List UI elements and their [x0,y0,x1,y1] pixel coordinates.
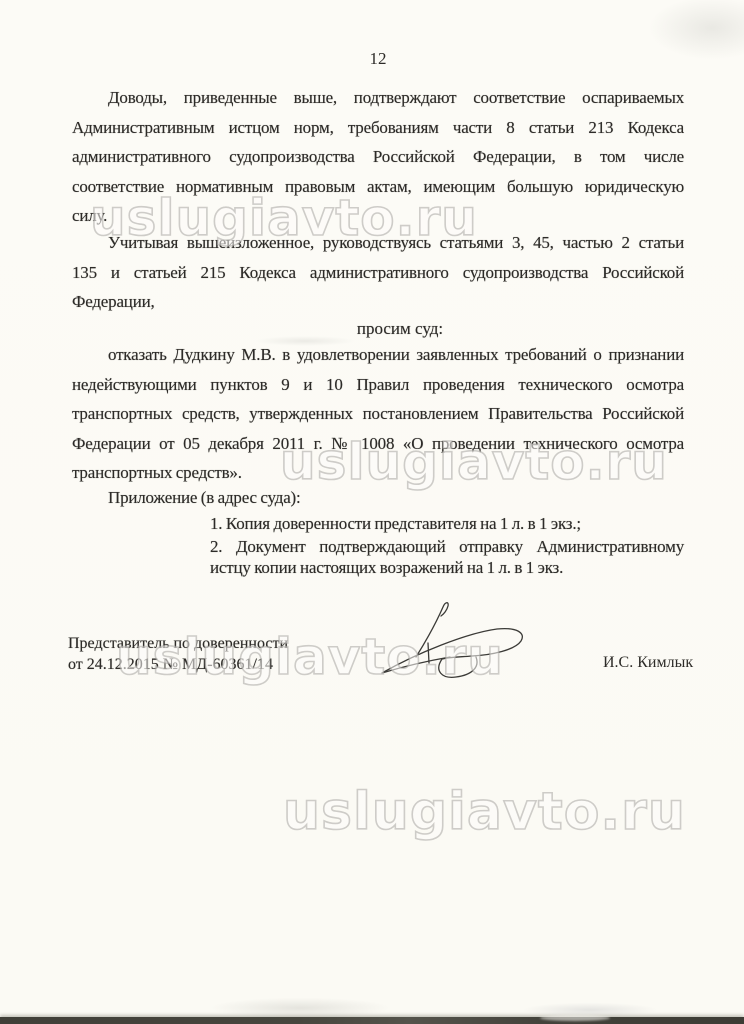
text-line: Учитывая вышеизложенное, руководствуясь … [72,228,684,258]
signatory-name: И.С. Кимлык [603,652,693,673]
handwritten-signature [372,593,532,685]
attachment-heading: Приложение (в адрес суда): [72,483,684,513]
attachment-item-2: 2. Документ подтверждающий отправку Адми… [210,536,684,578]
text-line: Административным истцом норм, требования… [72,113,684,143]
signature-power-of-attorney-line: от 24.12.2015 № МД-60361/14 [68,654,288,675]
paragraph-considering: Учитывая вышеизложенное, руководствуясь … [72,228,684,317]
text-line: 1. Копия доверенности представителя на 1… [210,513,684,534]
text-line: административного судопроизводства Росси… [72,142,684,172]
text-line: Приложение (в адрес суда): [72,483,684,513]
text-line: Федерации от 05 декабря 2011 г. № 1008 «… [72,429,684,459]
text-line: силу. [72,201,684,231]
scan-edge-bottom [0,1017,744,1024]
text-line: отказать Дудкину М.В. в удовлетворении з… [72,340,684,370]
page-number: 12 [72,49,684,69]
text-line: Доводы, приведенные выше, подтверждают с… [72,83,684,113]
scan-smudge [255,336,355,346]
scanned-document-page: 12 Доводы, приведенные выше, подтверждаю… [0,0,744,1024]
text-line: 135 и статьей 215 Кодекса административн… [72,258,684,288]
signature-role-line: Представитель по доверенности [68,633,288,654]
paragraph-arguments: Доводы, приведенные выше, подтверждают с… [72,83,684,231]
text-line: соответствие нормативным правовым актам,… [72,172,684,202]
text-line: Федерации, [72,287,684,317]
text-line: истцу копии настоящих возражений на 1 л.… [210,557,684,578]
watermark-uslugiavto-4: uslugiavto.ru [283,787,686,837]
scan-edge-highlight [540,1015,610,1021]
paragraph-request: отказать Дудкину М.В. в удовлетворении з… [72,340,684,488]
signature-role-block: Представитель по доверенности от 24.12.2… [68,633,288,675]
text-line: транспортных средств, утвержденных поста… [72,399,684,429]
attachment-item-1: 1. Копия доверенности представителя на 1… [210,513,684,534]
text-line: 2. Документ подтверждающий отправку Адми… [210,536,684,557]
text-line: недействующими пунктов 9 и 10 Правил про… [72,370,684,400]
